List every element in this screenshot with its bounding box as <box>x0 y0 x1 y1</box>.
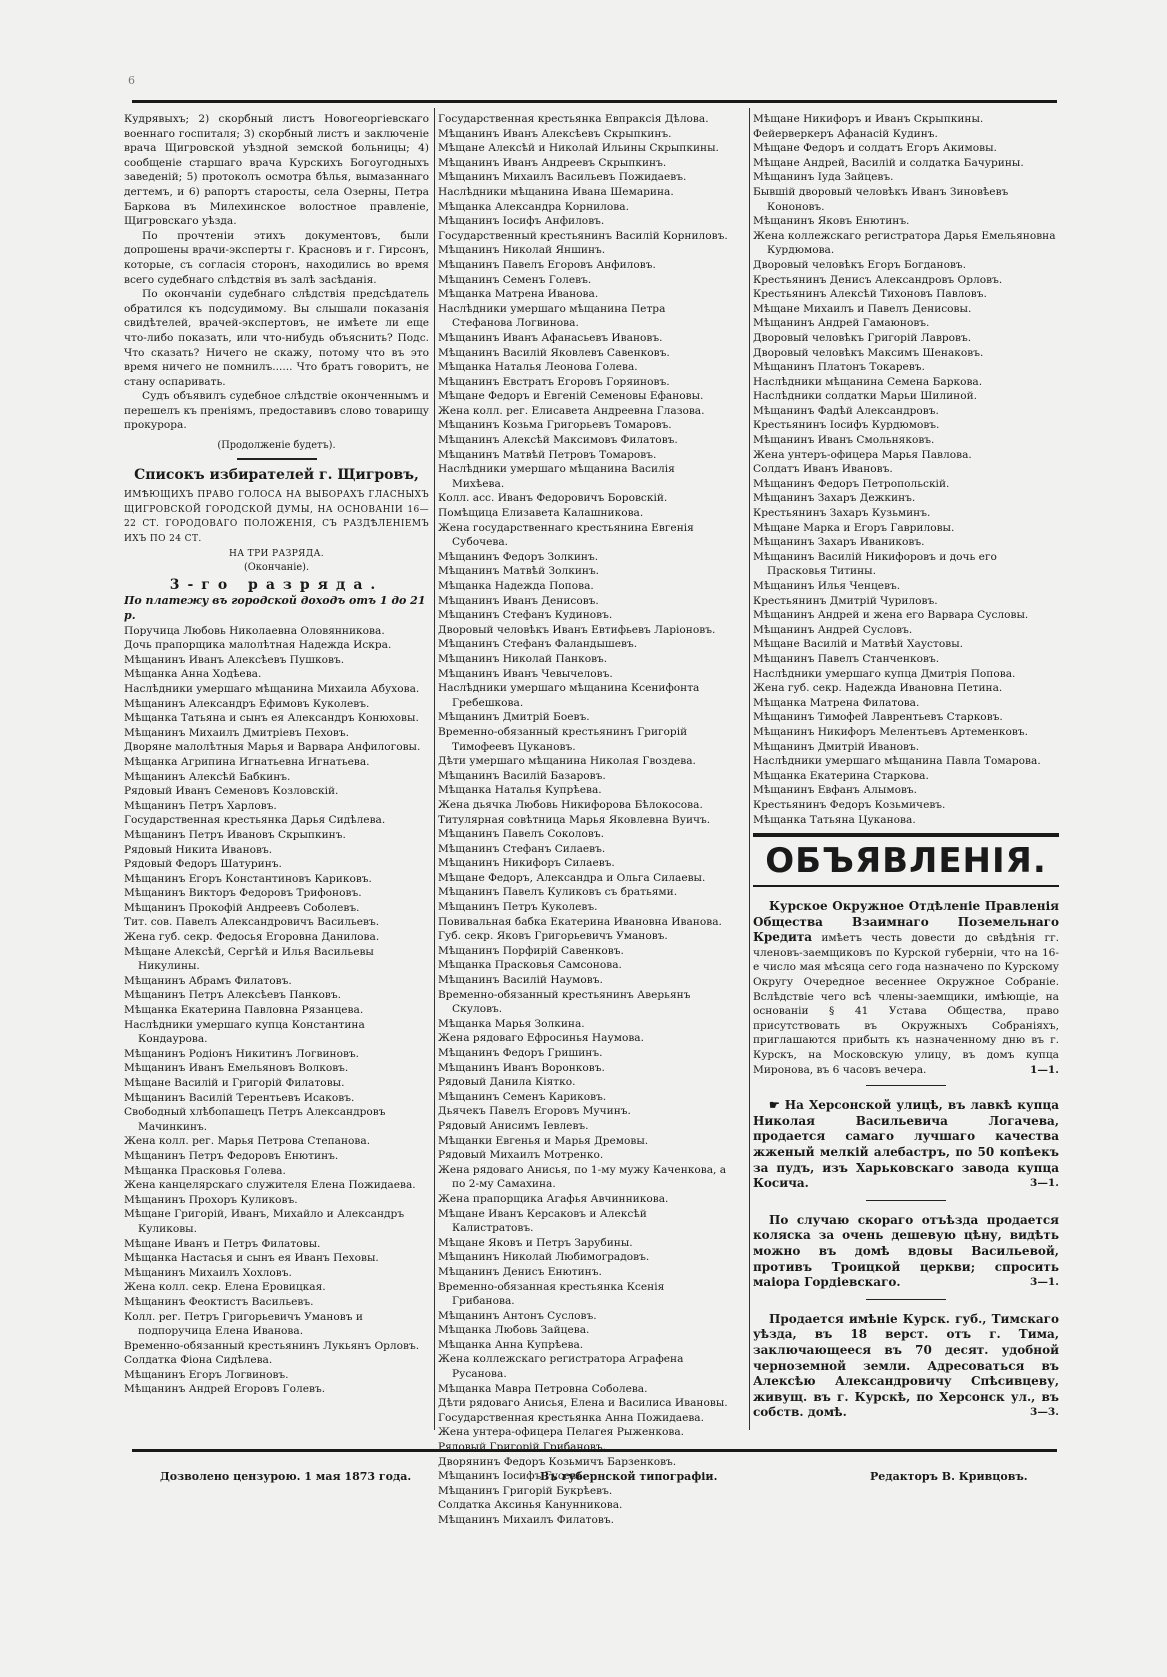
list-item: Дворовый человѣкъ Егоръ Богдановъ. <box>753 258 1059 273</box>
list-item: Помѣщица Елизавета Калашникова. <box>438 506 728 521</box>
list-item: Мѣщане Андрей, Василій и солдатка Бачури… <box>753 156 1059 171</box>
list-item: Дѣти умершаго мѣщанина Николая Гвоздева. <box>438 754 728 769</box>
list-item: Жена колл. рег. Елисавета Андреевна Глаз… <box>438 404 728 419</box>
separator <box>866 1200 946 1201</box>
list-item: Рядовый Федоръ Шатуринъ. <box>124 857 429 872</box>
payment-note: По платежу въ городской доходъ отъ 1 до … <box>124 594 429 623</box>
list-item: Мѣщанинъ Іосифъ Анфиловъ. <box>438 214 728 229</box>
list-item: Жена дьячка Любовь Никифорова Бѣлокосова… <box>438 798 728 813</box>
list-item: Мѣщанка Татьяна Цуканова. <box>753 813 1059 828</box>
article-paragraph: Кудрявыхъ; 2) скорбный листъ Новогеоргіе… <box>124 112 429 229</box>
list-item: Поручица Любовь Николаевна Оловянникова. <box>124 624 429 639</box>
list-item: Мѣщане Иванъ и Петръ Филатовы. <box>124 1237 429 1252</box>
list-item: Мѣщанка Анна Купрѣева. <box>438 1338 728 1353</box>
list-item: Мѣщанинъ Яковъ Енютинъ. <box>753 214 1059 229</box>
list-item: Мѣщанинъ Михаилъ Васильевъ Пожидаевъ. <box>438 170 728 185</box>
article-paragraph: По окончаніи судебнаго слѣдствія предсѣд… <box>124 287 429 389</box>
list-item: Наслѣдники умершаго мѣщанина Ксенифонта … <box>438 681 728 710</box>
list-item: Мѣщане Василій и Матвѣй Хаустовы. <box>753 637 1059 652</box>
advertisement: По случаю скораго отъѣзда продается коля… <box>753 1213 1059 1291</box>
ads-rule-bottom <box>753 885 1059 887</box>
list-item: Тит. сов. Павелъ Александровичъ Васильев… <box>124 915 429 930</box>
list-item: Дворовый человѣкъ Иванъ Евтифьевъ Ларіон… <box>438 623 728 638</box>
list-item: Мѣщанинъ Стефанъ Силаевъ. <box>438 842 728 857</box>
list-item: Рядовый Данила Кіятко. <box>438 1075 728 1090</box>
list-item: Колл. асс. Иванъ Федоровичъ Боровскій. <box>438 491 728 506</box>
separator <box>237 458 317 460</box>
list-item: Мѣщане Никифоръ и Иванъ Скрыпкины. <box>753 112 1059 127</box>
to-be-continued: (Продолженіе будетъ). <box>124 439 429 454</box>
list-item: Жена рядоваго Анисья, по 1-му мужу Качен… <box>438 1163 728 1192</box>
list-item: Жена унтера-офицера Пелагея Рыженкова. <box>438 1425 728 1440</box>
list-item: Дочь прапорщика малолѣтная Надежда Искра… <box>124 638 429 653</box>
list-item: Жена коллежскаго регистратора Дарья Емел… <box>753 229 1059 258</box>
list-item: Мѣщане Федоръ, Александра и Ольга Силаев… <box>438 871 728 886</box>
column-divider <box>749 108 750 1430</box>
list-item: Мѣщанинъ Матвѣй Золкинъ. <box>438 564 728 579</box>
ad-issue-mark: 1—1. <box>1014 1063 1059 1078</box>
list-item: Жена губ. секр. Федосья Егоровна Данилов… <box>124 930 429 945</box>
list-item: Мѣщанинъ Федоръ Гришинъ. <box>438 1046 728 1061</box>
list-item: Мѣщанка Татьяна и сынъ ея Александръ Кон… <box>124 711 429 726</box>
list-item: Наслѣдники умершаго мѣщанина Петра Стефа… <box>438 302 728 331</box>
list-item: Мѣщанка Екатерина Павловна Рязанцева. <box>124 1003 429 1018</box>
list-item: Мѣщанка Прасковья Самсонова. <box>438 958 728 973</box>
list-item: Мѣщанинъ Петръ Ивановъ Скрыпкинъ. <box>124 828 429 843</box>
list-item: Рядовый Никита Ивановъ. <box>124 843 429 858</box>
list-item: Рядовый Григорій Грибановъ. <box>438 1440 728 1455</box>
list-item: Мѣщанинъ Петръ Федоровъ Енютинъ. <box>124 1149 429 1164</box>
list-item: Мѣщанинъ Павелъ Куликовъ съ братьями. <box>438 885 728 900</box>
list-item: Солдатка Аксинья Канунникова. <box>438 1498 728 1513</box>
list-item: Мѣщанинъ Андрей Гамаюновъ. <box>753 316 1059 331</box>
ad-issue-mark: 3—1. <box>1014 1275 1059 1290</box>
list-item: Мѣщанинъ Викторъ Федоровъ Трифоновъ. <box>124 886 429 901</box>
list-item: Крестьянинъ Іосифъ Курдюмовъ. <box>753 418 1059 433</box>
list-item: Мѣщанка Екатерина Старкова. <box>753 769 1059 784</box>
list-item: Жена унтеръ-офицера Марья Павлова. <box>753 448 1059 463</box>
list-item: Наслѣдники мѣщанина Ивана Шемарина. <box>438 185 728 200</box>
list-item: Повивальная бабка Екатерина Ивановна Ива… <box>438 915 728 930</box>
ad-issue-mark: 3—1. <box>1014 1176 1059 1191</box>
list-item: Государственная крестьянка Анна Пожидаев… <box>438 1411 728 1426</box>
page-number: 6 <box>128 74 135 87</box>
list-item: Дворовый человѣкъ Максимъ Шенаковъ. <box>753 346 1059 361</box>
list-item: Дворянинъ Федоръ Козьмичъ Барзенковъ. <box>438 1455 728 1470</box>
separator <box>866 1299 946 1300</box>
ad-text: имѣетъ честь довести до свѣдѣнія гг. чле… <box>753 932 1059 1075</box>
list-item: Крестьянинъ Федоръ Козьмичевъ. <box>753 798 1059 813</box>
list-item: Мѣщанинъ Егоръ Константиновъ Кариковъ. <box>124 872 429 887</box>
list-item: Мѣщанинъ Василій Терентьевъ Исаковъ. <box>124 1091 429 1106</box>
list-item: Мѣщанинъ Никифоръ Силаевъ. <box>438 856 728 871</box>
list-item: Мѣщанинъ Тимофей Лаврентьевъ Старковъ. <box>753 710 1059 725</box>
column-2: Государственная крестьянка Евпраксія Дѣл… <box>438 112 728 1528</box>
list-item: Наслѣдники мѣщанина Семена Баркова. <box>753 375 1059 390</box>
list-item: Крестьянинъ Алексѣй Тихоновъ Павловъ. <box>753 287 1059 302</box>
list-item: Мѣщанка Марья Золкина. <box>438 1017 728 1032</box>
list-item: Колл. рег. Петръ Григорьевичъ Умановъ и … <box>124 1310 429 1339</box>
list-item: Мѣщанка Наталья Купрѣева. <box>438 783 728 798</box>
list-item: Мѣщанинъ Захаръ Иваниковъ. <box>753 535 1059 550</box>
list-item: Мѣщанинъ Іуда Зайцевъ. <box>753 170 1059 185</box>
list-item: Мѣщанка Александра Корнилова. <box>438 200 728 215</box>
list-item: Мѣщанинъ Илья Ченцевъ. <box>753 579 1059 594</box>
list-item: Мѣщанинъ Петръ Алексѣевъ Панковъ. <box>124 988 429 1003</box>
list-item: Мѣщанинъ Иванъ Денисовъ. <box>438 594 728 609</box>
list-item: Мѣщане Алексѣй, Сергѣй и Илья Васильевы … <box>124 945 429 974</box>
list-item: Рядовый Иванъ Семеновъ Козловскій. <box>124 784 429 799</box>
list-item: Мѣщанинъ Алексѣй Бабкинъ. <box>124 770 429 785</box>
top-rule <box>132 100 1057 103</box>
list-item: Мѣщанка Матрена Филатова. <box>753 696 1059 711</box>
list-item: Мѣщанка Любовь Зайцева. <box>438 1323 728 1338</box>
list-item: Мѣщанинъ Прохоръ Куликовъ. <box>124 1193 429 1208</box>
list-item: Мѣщанинъ Стефанъ Фаландышевъ. <box>438 637 728 652</box>
list-item: Жена колл. рег. Марья Петрова Степанова. <box>124 1134 429 1149</box>
advertisement: Продается имѣніе Курск. губ., Тимскаго у… <box>753 1312 1059 1421</box>
list-item: Мѣщане Федоръ и Евгеній Семеновы Ефановы… <box>438 389 728 404</box>
list-item: Жена канцелярскаго служителя Елена Пожид… <box>124 1178 429 1193</box>
list-item: Мѣщанинъ Василій Базаровъ. <box>438 769 728 784</box>
voter-list-subtitle: имѣющихъ право голоса на выборахъ гласны… <box>124 488 429 561</box>
list-item: Жена губ. секр. Надежда Ивановна Петина. <box>753 681 1059 696</box>
list-item: Рядовый Анисимъ Іевлевъ. <box>438 1119 728 1134</box>
list-item: Мѣщанинъ Василій Никифоровъ и дочь его П… <box>753 550 1059 579</box>
list-item: Мѣщанинъ Прокофій Андреевъ Соболевъ. <box>124 901 429 916</box>
ads-heading: ОБЪЯВЛЕНІЯ. <box>753 841 1059 881</box>
list-item: Мѣщанинъ Евфанъ Алымовъ. <box>753 783 1059 798</box>
list-item: Мѣщанка Матрена Иванова. <box>438 287 728 302</box>
list-item: Жена коллежскаго регистратора Аграфена Р… <box>438 1352 728 1381</box>
list-item: Дѣти рядоваго Анисья, Елена и Василиса И… <box>438 1396 728 1411</box>
list-item: Мѣщанинъ Евстратъ Егоровъ Горяиновъ. <box>438 375 728 390</box>
list-item: Мѣщанка Настасья и сынъ ея Иванъ Пеховы. <box>124 1251 429 1266</box>
list-item: Мѣщанинъ Родіонъ Никитинъ Логвиновъ. <box>124 1047 429 1062</box>
list-item: Мѣщанинъ Дмитрій Боевъ. <box>438 710 728 725</box>
list-item: Мѣщанинъ Козьма Григорьевъ Томаровъ. <box>438 418 728 433</box>
list-item: Мѣщанинъ Михаилъ Филатовъ. <box>438 1513 728 1528</box>
list-item: Крестьянинъ Дмитрій Чуриловъ. <box>753 594 1059 609</box>
list-item: Мѣщанинъ Павелъ Станченковъ. <box>753 652 1059 667</box>
list-item: Мѣщанинъ Григорій Букрѣевъ. <box>438 1484 728 1499</box>
list-item: Государственная крестьянка Дарья Сидѣлев… <box>124 813 429 828</box>
list-item: Мѣщанинъ Николай Яншинъ. <box>438 243 728 258</box>
list-item: Мѣщанинъ Дмитрій Ивановъ. <box>753 740 1059 755</box>
list-item: Наслѣдники умершаго мѣщанина Павла Томар… <box>753 754 1059 769</box>
list-item: Мѣщанинъ Егоръ Логвиновъ. <box>124 1368 429 1383</box>
list-item: Мѣщанка Прасковья Голева. <box>124 1164 429 1179</box>
list-item: Жена колл. секр. Елена Еровицкая. <box>124 1280 429 1295</box>
list-item: Мѣщанинъ Денисъ Енютинъ. <box>438 1265 728 1280</box>
list-item: Временно-обязанный крестьянинъ Григорій … <box>438 725 728 754</box>
list-item: Мѣщанинъ Петръ Куколевъ. <box>438 900 728 915</box>
column-3: Мѣщане Никифоръ и Иванъ Скрыпкины.Фейерв… <box>753 112 1059 1421</box>
list-item: Бывшій дворовый человѣкъ Иванъ Зиновѣевъ… <box>753 185 1059 214</box>
list-item: Мѣщанинъ Стефанъ Кудиновъ. <box>438 608 728 623</box>
list-item: Мѣщанинъ Порфирій Савенковъ. <box>438 944 728 959</box>
list-item: Дьячекъ Павелъ Егоровъ Мучинъ. <box>438 1104 728 1119</box>
list-item: Мѣщанинъ Павелъ Егоровъ Анфиловъ. <box>438 258 728 273</box>
list-item: Мѣщанка Агрипина Игнатьевна Игнатьева. <box>124 755 429 770</box>
list-item: Крестьянинъ Захаръ Кузьминъ. <box>753 506 1059 521</box>
list-item: Мѣщане Яковъ и Петръ Зарубины. <box>438 1236 728 1251</box>
list-item: Мѣщане Василій и Григорій Филатовы. <box>124 1076 429 1091</box>
list-item: Мѣщанка Наталья Леонова Голева. <box>438 360 728 375</box>
list-item: Мѣщанинъ Иванъ Алексѣевъ Пушковъ. <box>124 653 429 668</box>
category-heading: 3-го разряда. <box>124 578 429 593</box>
list-item: Жена рядоваго Ефросинья Наумова. <box>438 1031 728 1046</box>
list-item: Мѣщане Федоръ и солдатъ Егоръ Акимовы. <box>753 141 1059 156</box>
list-item: Наслѣдники солдатки Марьи Шилиной. <box>753 389 1059 404</box>
list-item: Мѣщанинъ Матвѣй Петровъ Томаровъ. <box>438 448 728 463</box>
list-item: Мѣщанинъ Николай Любимоградовъ. <box>438 1250 728 1265</box>
list-item: Временно-обязанный крестьянинъ Лукьянъ О… <box>124 1339 429 1354</box>
advertisement: Курское Окружное Отдѣленіе Правленія Общ… <box>753 899 1059 1077</box>
list-item: Мѣщанинъ Андрей и жена его Варвара Сусло… <box>753 608 1059 623</box>
list-item: Наслѣдники умершаго купца Константина Ко… <box>124 1018 429 1047</box>
list-item: Мѣщанинъ Семенъ Голевъ. <box>438 273 728 288</box>
list-item: Мѣщане Григорій, Иванъ, Михайло и Алекса… <box>124 1207 429 1236</box>
list-item: Мѣщанинъ Иванъ Андреевъ Скрыпкинъ. <box>438 156 728 171</box>
list-item: Мѣщане Михаилъ и Павелъ Денисовы. <box>753 302 1059 317</box>
list-item: Мѣщанинъ Абрамъ Филатовъ. <box>124 974 429 989</box>
voter-list: Поручица Любовь Николаевна Оловянникова.… <box>124 624 429 1397</box>
list-item: Мѣщанинъ Федоръ Петропольскій. <box>753 477 1059 492</box>
list-item: Мѣщанинъ Федоръ Золкинъ. <box>438 550 728 565</box>
list-item: Мѣщанинъ Андрей Сусловъ. <box>753 623 1059 638</box>
list-item: Мѣщанинъ Петръ Харловъ. <box>124 799 429 814</box>
list-item: Мѣщанинъ Иванъ Воронковъ. <box>438 1061 728 1076</box>
list-item: Солдатъ Иванъ Ивановъ. <box>753 462 1059 477</box>
article-continuation: Кудрявыхъ; 2) скорбный листъ Новогеоргіе… <box>124 112 429 433</box>
list-item: Мѣщанинъ Фадѣй Александровъ. <box>753 404 1059 419</box>
voter-list-title: Списокъ избирателей г. Щигровъ, <box>124 468 429 483</box>
list-item: Свободный хлѣбопашецъ Петръ Александровъ… <box>124 1105 429 1134</box>
ads-rule-top <box>753 833 1059 837</box>
list-item: Крестьянинъ Денисъ Александровъ Орловъ. <box>753 273 1059 288</box>
list-item: Мѣщанинъ Павелъ Соколовъ. <box>438 827 728 842</box>
list-item: Мѣщанинъ Алексѣй Максимовъ Филатовъ. <box>438 433 728 448</box>
list-item: Мѣщанка Анна Ходѣева. <box>124 667 429 682</box>
article-paragraph: Судъ объявилъ судебное слѣдствіе окончен… <box>124 389 429 433</box>
list-item: Государственный крестьянинъ Василій Корн… <box>438 229 728 244</box>
list-item: Губ. секр. Яковъ Григорьевичъ Умановъ. <box>438 929 728 944</box>
list-item: Мѣщанки Евгенья и Марья Дремовы. <box>438 1134 728 1149</box>
list-item: Мѣщанинъ Иванъ Алексѣевъ Скрыпкинъ. <box>438 127 728 142</box>
voter-list: Мѣщане Никифоръ и Иванъ Скрыпкины.Фейерв… <box>753 112 1059 827</box>
list-item: Мѣщанинъ Антонъ Сусловъ. <box>438 1309 728 1324</box>
list-item: Жена прапорщика Агафья Авчинникова. <box>438 1192 728 1207</box>
list-item: Дворовый человѣкъ Григорій Лавровъ. <box>753 331 1059 346</box>
list-item: Мѣщанинъ Александръ Ефимовъ Куколевъ. <box>124 697 429 712</box>
advertisement: ☛ На Херсонской улицѣ, въ лавкѣ купца Ни… <box>753 1098 1059 1192</box>
censorship-note: Дозволено цензурою. 1 мая 1873 года. <box>160 1470 411 1483</box>
list-item: Мѣщанинъ Никифоръ Мелентьевъ Артеменковъ… <box>753 725 1059 740</box>
bottom-rule <box>132 1449 1057 1452</box>
printer-note: Въ губернской типографіи. <box>540 1470 717 1483</box>
list-item: Наслѣдники умершаго мѣщанина Михаила Абу… <box>124 682 429 697</box>
list-item: Мѣщанинъ Семенъ Кариковъ. <box>438 1090 728 1105</box>
list-item: Жена государственнаго крестьянина Евгені… <box>438 521 728 550</box>
list-item: Мѣщанинъ Василій Наумовъ. <box>438 973 728 988</box>
list-item: Фейерверкеръ Афанасій Кудинъ. <box>753 127 1059 142</box>
list-item: Рядовый Михаилъ Мотренко. <box>438 1148 728 1163</box>
list-item: Мѣщанинъ Андрей Егоровъ Голевъ. <box>124 1382 429 1397</box>
list-item: Мѣщанинъ Захаръ Дежкинъ. <box>753 491 1059 506</box>
advertisements: Курское Окружное Отдѣленіе Правленія Общ… <box>753 899 1059 1421</box>
list-item: Мѣщане Алексѣй и Николай Ильины Скрыпкин… <box>438 141 728 156</box>
list-item: Солдатка Фіона Сидѣлева. <box>124 1353 429 1368</box>
list-item: Наслѣдники умершаго мѣщанина Василія Мих… <box>438 462 728 491</box>
list-item: Мѣщанинъ Феоктистъ Васильевъ. <box>124 1295 429 1310</box>
separator <box>866 1085 946 1086</box>
list-item: Мѣщане Иванъ Керсаковъ и Алексѣй Калистр… <box>438 1207 728 1236</box>
list-item: Наслѣдники умершаго купца Дмитрія Попова… <box>753 667 1059 682</box>
list-item: Мѣщанинъ Иванъ Афанасьевъ Ивановъ. <box>438 331 728 346</box>
column-divider <box>434 108 435 1430</box>
article-paragraph: По прочтеніи этихъ документовъ, были доп… <box>124 229 429 287</box>
list-item: Временно-обязанная крестьянка Ксенія Гри… <box>438 1280 728 1309</box>
list-item: Мѣщанинъ Иванъ Смольняковъ. <box>753 433 1059 448</box>
list-item: Мѣщанинъ Василій Яковлевъ Савенковъ. <box>438 346 728 361</box>
ad-issue-mark: 3—3. <box>1014 1405 1059 1420</box>
list-item: Дворяне малолѣтныя Марья и Варвара Анфил… <box>124 740 429 755</box>
list-item: Временно-обязанный крестьянинъ Аверьянъ … <box>438 988 728 1017</box>
list-item: Мѣщанинъ Иванъ Чевычеловъ. <box>438 667 728 682</box>
editor-note: Редакторъ В. Кривцовъ. <box>870 1470 1028 1483</box>
list-item: Мѣщане Марка и Егоръ Гавриловы. <box>753 521 1059 536</box>
list-item: Мѣщанинъ Иванъ Емельяновъ Волковъ. <box>124 1061 429 1076</box>
list-item: Мѣщанинъ Михаилъ Дмитріевъ Пеховъ. <box>124 726 429 741</box>
list-item: Государственная крестьянка Евпраксія Дѣл… <box>438 112 728 127</box>
list-item: Мѣщанка Мавра Петровна Соболева. <box>438 1382 728 1397</box>
ad-lead: Продается имѣніе Курск. губ., Тимскаго у… <box>753 1312 1059 1420</box>
list-item: Мѣщанка Надежда Попова. <box>438 579 728 594</box>
list-item: Мѣщанинъ Михаилъ Хохловъ. <box>124 1266 429 1281</box>
ending-note: (Окончаніе). <box>124 561 429 576</box>
list-item: Титулярная совѣтница Марья Яковлевна Вуи… <box>438 813 728 828</box>
list-item: Мѣщанинъ Николай Панковъ. <box>438 652 728 667</box>
voter-list: Государственная крестьянка Евпраксія Дѣл… <box>438 112 728 1528</box>
column-1: Кудрявыхъ; 2) скорбный листъ Новогеоргіе… <box>124 112 429 1397</box>
list-item: Мѣщанинъ Платонъ Токаревъ. <box>753 360 1059 375</box>
